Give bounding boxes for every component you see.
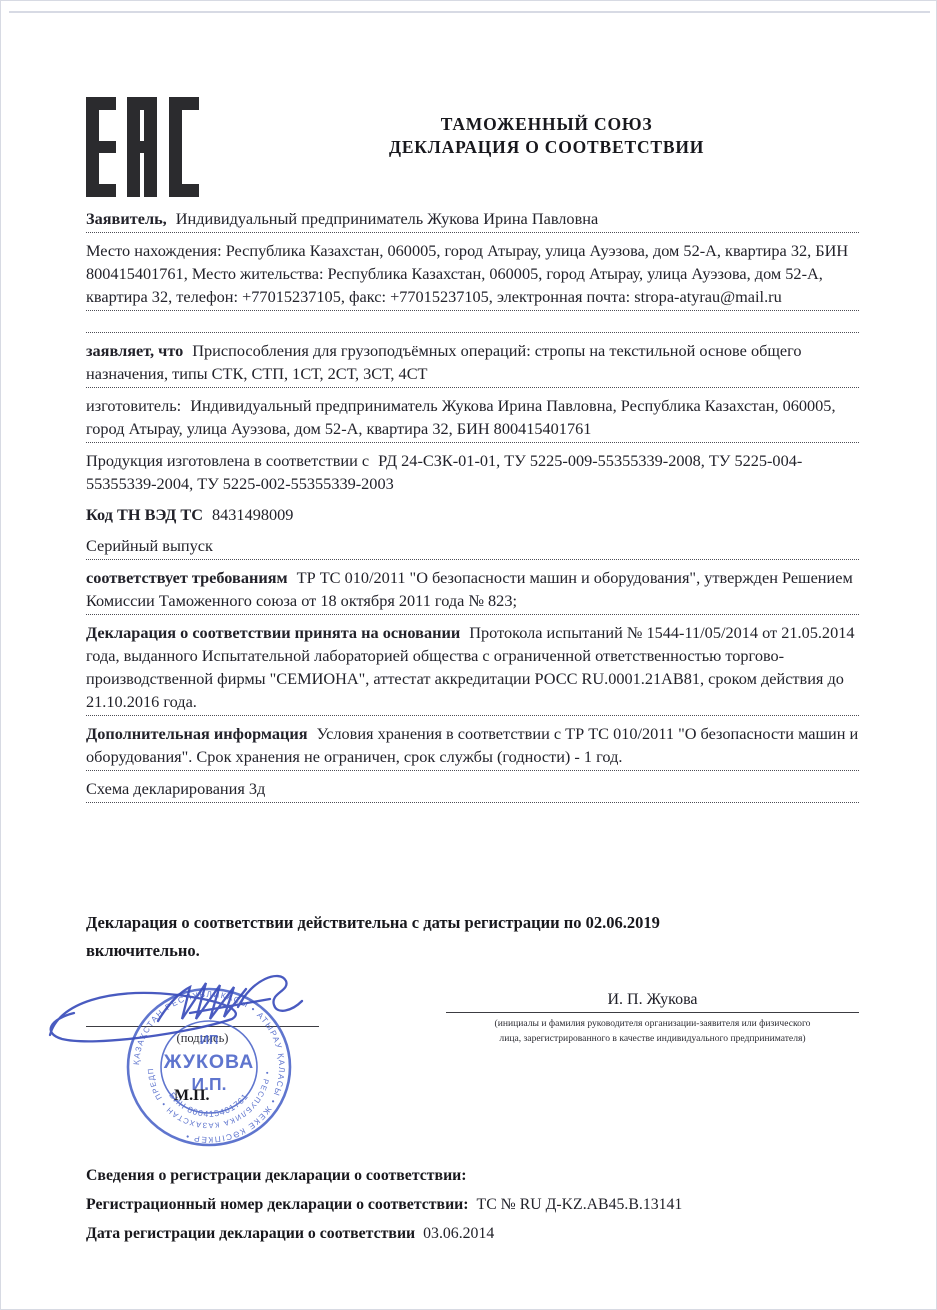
field-applicant: Заявитель,Индивидуальный предприниматель… [86,207,859,233]
production-label: Продукция изготовлена в соответствии с [86,451,369,470]
registration-date-label: Дата регистрации декларации о соответств… [86,1225,415,1242]
serial-value: Серийный выпуск [86,536,213,555]
registration-date-row: Дата регистрации декларации о соответств… [86,1219,859,1248]
scan-edge [9,11,930,13]
registration-number-label: Регистрационный номер декларации о соотв… [86,1196,469,1213]
field-additional: Дополнительная информацияУсловия хранени… [86,722,859,771]
scheme-value: Схема декларирования 3д [86,779,265,798]
tnved-label: Код ТН ВЭД ТС [86,505,203,524]
validity-statement: Декларация о соответствии действительна … [86,909,766,965]
registration-section: Сведения о регистрации декларации о соот… [86,1161,859,1248]
field-complies: соответствует требованиямТР ТС 010/2011 … [86,566,859,615]
field-serial: Серийный выпуск [86,534,859,560]
field-declares: заявляет, чтоПриспособления для грузопод… [86,339,859,388]
signature-zone: (подпись) ҚАЗАҚСТАН РЕСПУБЛИКАСЫ • АТЫРА… [86,965,859,1250]
declares-value: Приспособления для грузоподъёмных операц… [86,341,802,383]
stamp-surname: ЖУКОВА [163,1051,255,1073]
manufacturer-label: изготовитель: [86,396,181,415]
field-production: Продукция изготовлена в соответствии сРД… [86,449,859,497]
tnved-value: 8431498009 [212,505,293,524]
registration-date-value: 03.06.2014 [423,1225,494,1242]
company-stamp: ҚАЗАҚСТАН РЕСПУБЛИКАСЫ • АТЫРАУ ҚАЛАСЫ •… [119,978,299,1156]
location-value: Место нахождения: Республика Казахстан, … [86,241,848,306]
field-location: Место нахождения: Республика Казахстан, … [86,239,859,311]
declaration-document: ТАМОЖЕННЫЙ СОЮЗ ДЕКЛАРАЦИЯ О СООТВЕТСТВИ… [0,0,937,1310]
signatory-note-line1: (инициалы и фамилия руководителя организ… [454,1017,851,1032]
field-empty-line [86,317,859,333]
field-manufacturer: изготовитель:Индивидуальный предпринимат… [86,394,859,443]
signatory-block: И. П. Жукова (инициалы и фамилия руковод… [446,991,859,1046]
validity-line1: Декларация о соответствии действительна … [86,909,766,937]
document-header: ТАМОЖЕННЫЙ СОЮЗ ДЕКЛАРАЦИЯ О СООТВЕТСТВИ… [86,97,859,197]
manufacturer-value: Индивидуальный предприниматель Жукова Ир… [86,396,836,438]
title-line1: ТАМОЖЕННЫЙ СОЮЗ [389,113,704,136]
title-line2: ДЕКЛАРАЦИЯ О СООТВЕТСТВИИ [389,136,704,159]
applicant-value: Индивидуальный предприниматель Жукова Ир… [176,209,598,228]
stamp-ip-text: ИП [200,1032,219,1047]
registration-heading: Сведения о регистрации декларации о соот… [86,1161,859,1190]
signatory-name: И. П. Жукова [446,991,859,1013]
field-basis: Декларация о соответствии принята на осн… [86,621,859,716]
eac-logo-icon [86,97,199,197]
complies-label: соответствует требованиям [86,568,288,587]
fields-section: Заявитель,Индивидуальный предприниматель… [86,207,859,803]
registration-number-row: Регистрационный номер декларации о соотв… [86,1190,859,1219]
declares-label: заявляет, что [86,341,183,360]
field-tnved: Код ТН ВЭД ТС8431498009 [86,503,859,528]
registration-number-value: ТС № RU Д-KZ.АВ45.В.13141 [477,1196,683,1213]
applicant-label: Заявитель, [86,209,167,228]
basis-label: Декларация о соответствии принята на осн… [86,623,460,642]
signatory-note: (инициалы и фамилия руководителя организ… [446,1017,859,1046]
document-title: ТАМОЖЕННЫЙ СОЮЗ ДЕКЛАРАЦИЯ О СООТВЕТСТВИ… [389,97,704,159]
signatory-note-line2: лица, зарегистрированного в качестве инд… [454,1032,851,1047]
additional-label: Дополнительная информация [86,724,308,743]
mp-mark: М.П. [174,1087,210,1105]
field-scheme: Схема декларирования 3д [86,777,859,803]
validity-line2: включительно. [86,937,766,965]
